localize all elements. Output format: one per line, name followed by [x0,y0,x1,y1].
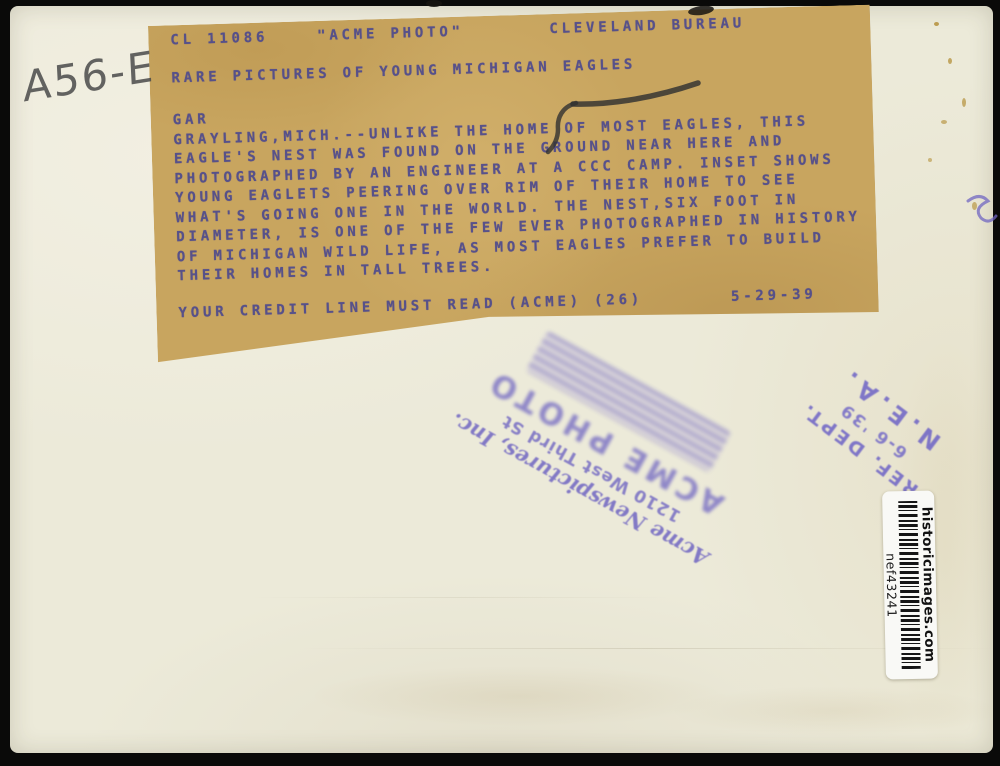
caption-label: CL 11086 "ACME PHOTO" CLEVELAND BUREAU R… [148,5,880,364]
sticker-catalog-id: nef43241 [883,553,899,618]
ink-smudge [426,0,442,7]
paper-speck [972,202,977,210]
press-photo-back: CL 11086 "ACME PHOTO" CLEVELAND BUREAU R… [0,0,1000,766]
paper-speck [928,158,932,162]
barcode-sticker: historicimages.com nef43241 [882,490,938,679]
caption-date: 5-29-39 [731,285,817,307]
sticker-website: historicimages.com [918,507,937,663]
paper-speck [948,58,952,64]
paper-crease [250,597,670,598]
caption-title-line: RARE PICTURES OF YOUNG MICHIGAN EAGLES [171,48,871,88]
paper-speck [934,22,939,26]
paper-stain [670,686,1000,736]
paper-stain [310,666,730,726]
paper-speck [941,120,947,124]
paper-speck [962,98,966,107]
barcode [898,501,921,669]
